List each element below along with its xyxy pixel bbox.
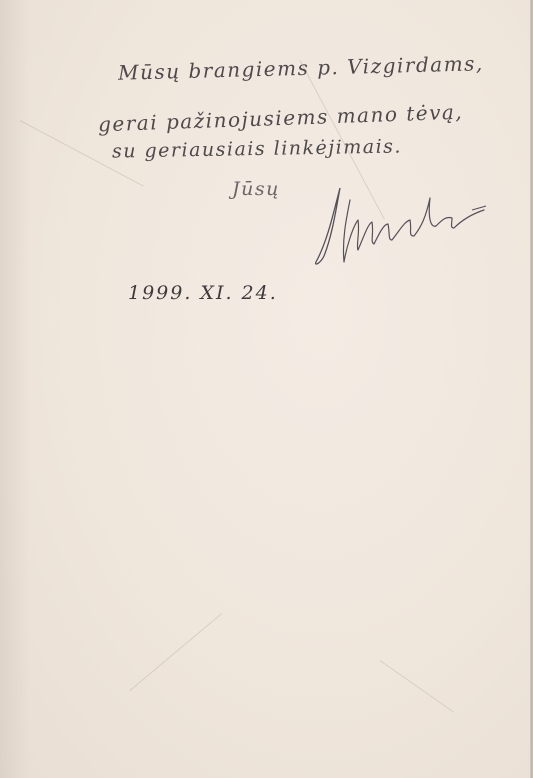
paper-crease bbox=[380, 660, 454, 712]
page-shading bbox=[0, 0, 30, 778]
book-page: Mūsų brangiems p. Vizgirdams, gerai paži… bbox=[0, 0, 533, 778]
inscription-line-2: gerai pažinojusiems mano tėvą, bbox=[98, 100, 464, 137]
signature bbox=[312, 180, 512, 270]
paper-crease bbox=[130, 613, 223, 691]
inscription-closing: Jūsų bbox=[232, 178, 280, 200]
inscription-date: 1999. XI. 24. bbox=[128, 282, 278, 304]
inscription-line-1: Mūsų brangiems p. Vizgirdams, bbox=[118, 51, 484, 85]
inscription-line-3: su geriausiais linkėjimais. bbox=[112, 135, 402, 162]
